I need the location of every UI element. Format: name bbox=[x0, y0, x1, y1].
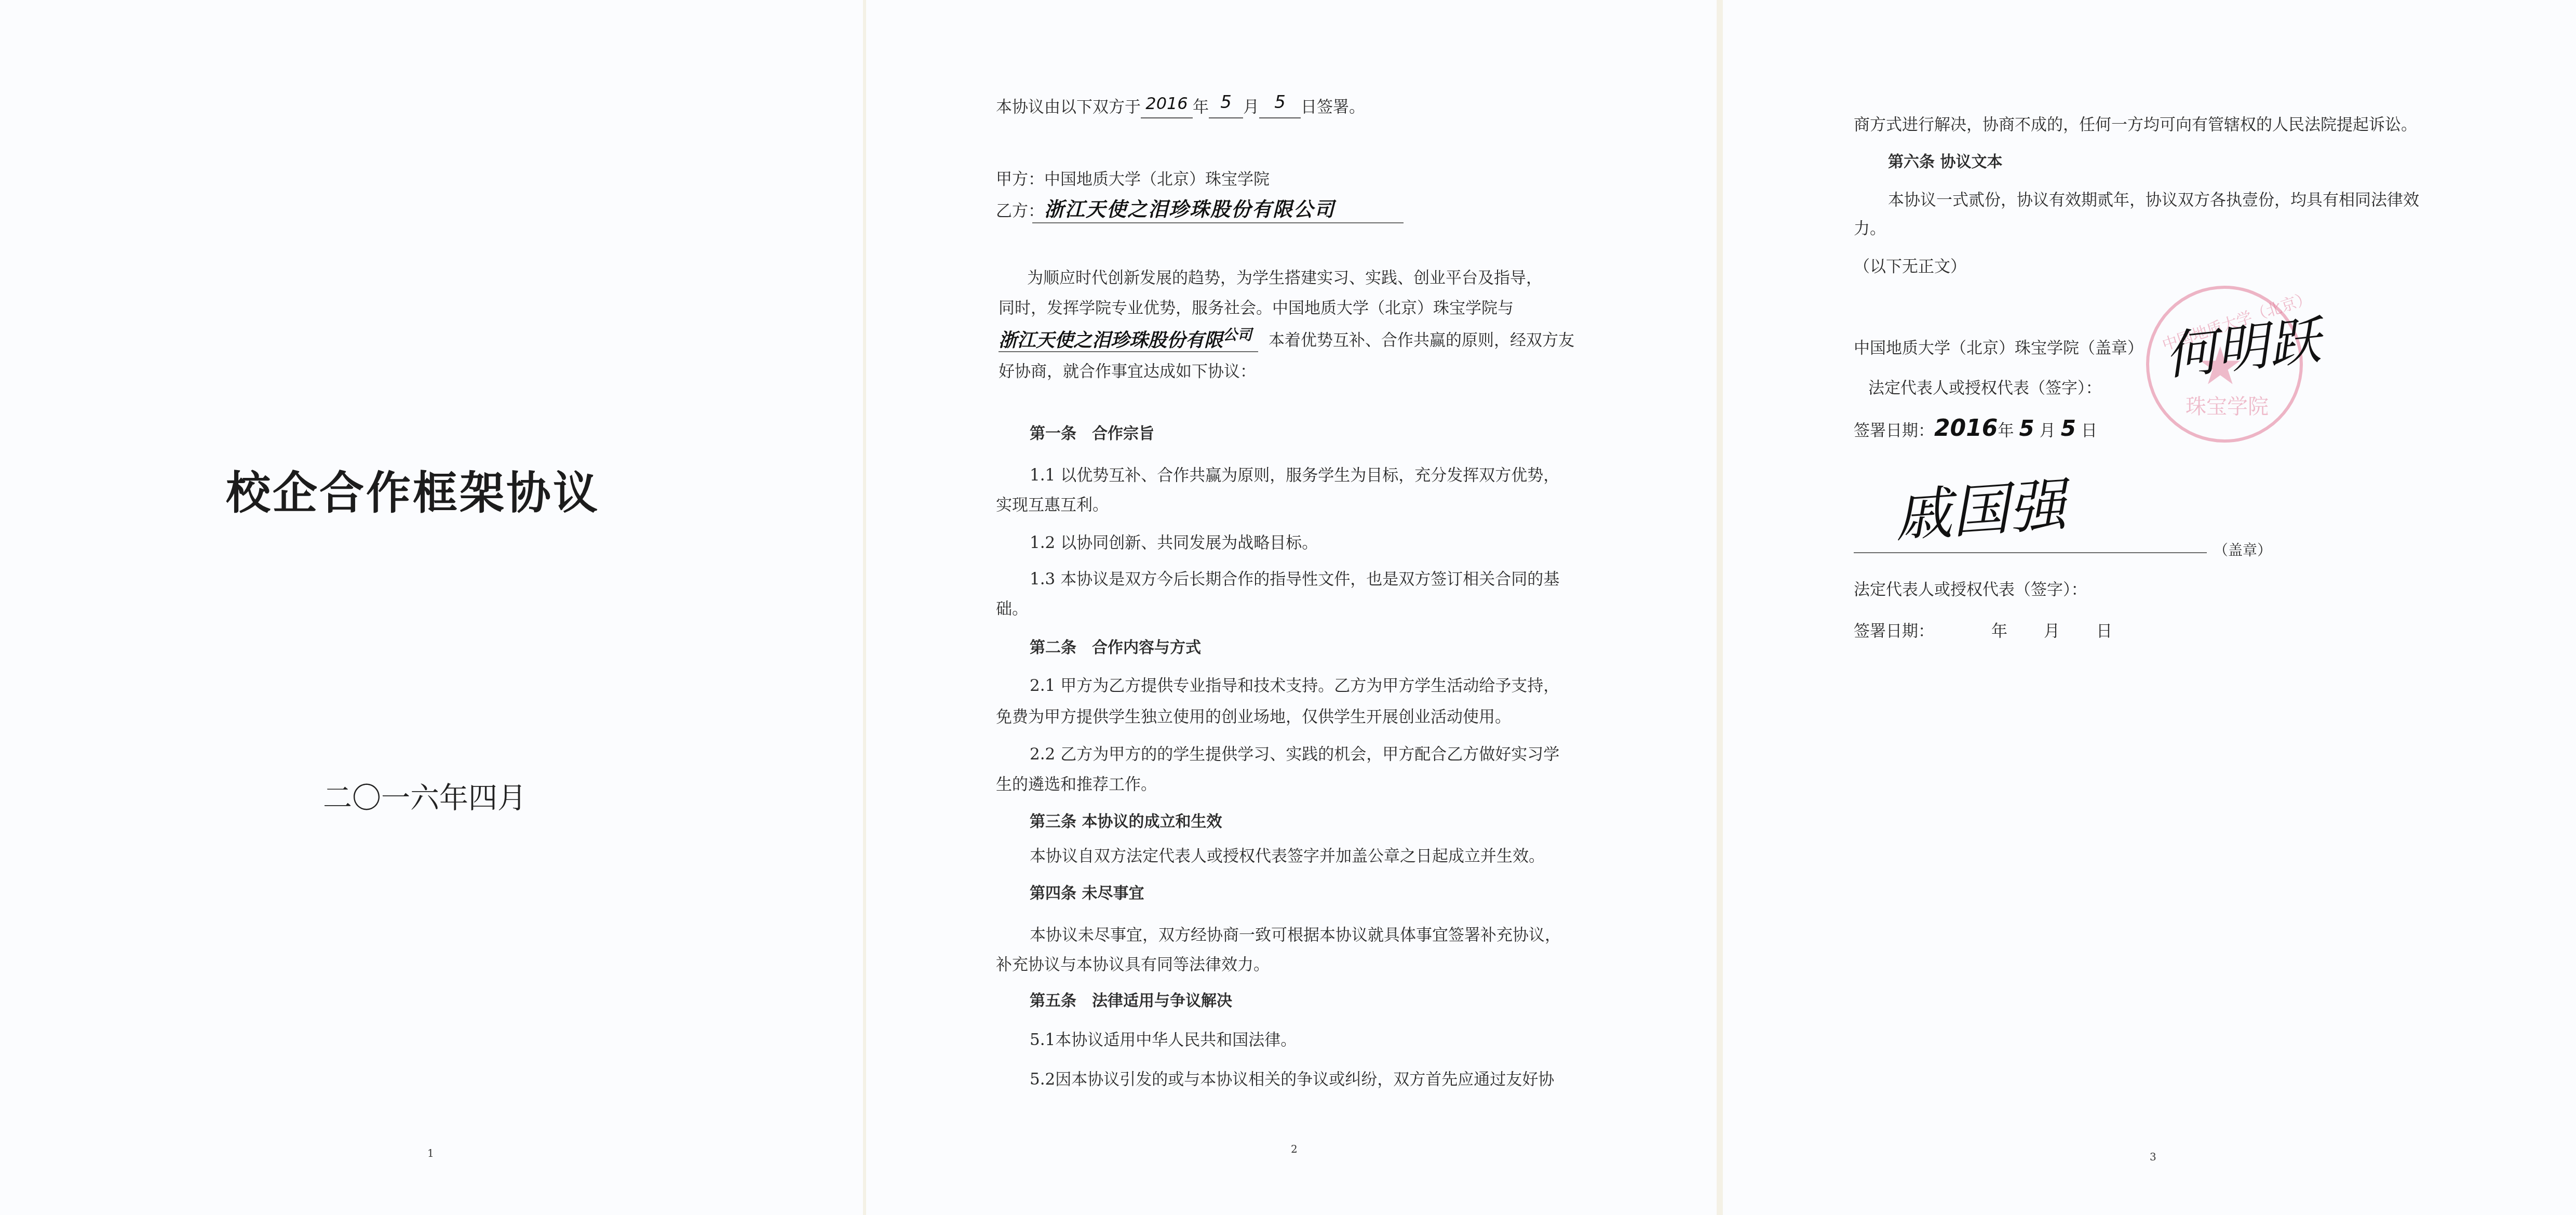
article-2-heading: 第二条 合作内容与方式 bbox=[1030, 637, 1201, 658]
sign-date-line: 本协议由以下双方于2016年5月5日签署。 bbox=[996, 96, 1365, 118]
party-a-label: 甲方： bbox=[996, 170, 1044, 189]
article-1-heading: 第一条 合作宗旨 bbox=[1030, 423, 1154, 444]
year-label: 年 bbox=[1998, 421, 2014, 440]
party-b-label: 乙方： bbox=[996, 202, 1044, 220]
page-number: 2 bbox=[1291, 1143, 1298, 1155]
party-a-sign-date: 签署日期：2016年5月5日 bbox=[1854, 418, 2097, 441]
year-label: 年 bbox=[1193, 98, 1209, 116]
article-1-line: 1.3 本协议是双方今后长期合作的指导性文件，也是双方签订相关合同的基 bbox=[1030, 569, 1559, 590]
day-label: 日 bbox=[2096, 622, 2112, 640]
article-4-line: 本协议未尽事宜，双方经协商一致可根据本协议就具体事宜签署补充协议， bbox=[1030, 925, 1561, 945]
article-5-continuation: 商方式进行解决，协商不成的，任何一方均可向有管辖权的人民法院提起诉讼。 bbox=[1854, 114, 2417, 135]
document-title: 校企合作框架协议 bbox=[226, 457, 600, 522]
seal-bottom-text: 珠宝学院 bbox=[2186, 390, 2269, 420]
party-b-rep-label: 法定代表人或授权代表（签字）： bbox=[1854, 579, 2087, 600]
cover-date: 二〇一六年四月 bbox=[323, 775, 527, 817]
handwritten-year: 2016 bbox=[1145, 94, 1188, 113]
article-4-line: 补充协议与本协议具有同等法律效力。 bbox=[996, 954, 1270, 975]
preamble-line-3: 本着优势互补、合作共赢的原则，经双方友 bbox=[1269, 330, 1574, 351]
party-b-underline bbox=[1032, 222, 1404, 223]
handwritten-day: 5 bbox=[1274, 92, 1286, 113]
month-label: 月 bbox=[2044, 622, 2060, 640]
sign-date-label: 签署日期： bbox=[1854, 421, 1934, 440]
party-a-line: 甲方：中国地质大学（北京）珠宝学院 bbox=[996, 169, 1270, 190]
day-label: 日签署。 bbox=[1301, 98, 1365, 116]
page-cover: 校企合作框架协议 二〇一六年四月 1 bbox=[0, 0, 863, 1215]
preamble-line-4: 好协商，就合作事宜达成如下协议： bbox=[999, 361, 1256, 382]
end-note: （以下无正文） bbox=[1854, 256, 1966, 277]
year-label: 年 bbox=[1991, 622, 2007, 640]
article-6-line: 本协议一式贰份，协议有效期贰年，协议双方各执壹份，均具有相同法律效 bbox=[1888, 190, 2419, 210]
party-a-org-seal: 中国地质大学（北京）珠宝学院（盖章） bbox=[1854, 338, 2143, 358]
party-a-name: 中国地质大学（北京）珠宝学院 bbox=[1044, 170, 1270, 189]
article-2-line: 生的遴选和推荐工作。 bbox=[996, 774, 1157, 795]
page-number: 3 bbox=[2150, 1151, 2156, 1163]
article-1-line: 实现互惠互利。 bbox=[996, 495, 1109, 515]
month-label: 月 bbox=[2040, 421, 2056, 440]
sign-date-prefix: 本协议由以下双方于 bbox=[996, 98, 1141, 116]
article-1-line: 础。 bbox=[996, 598, 1028, 619]
party-b-name-handwritten: 浙江天使之泪珍珠股份有限公司 bbox=[1044, 198, 1335, 221]
article-2-line: 2.1 甲方为乙方提供专业指导和技术支持。乙方为甲方学生活动给予支持， bbox=[1030, 675, 1559, 696]
handwritten-company-text: 浙江天使之泪珍珠股份有限 bbox=[999, 330, 1223, 351]
preamble-line-1: 为顺应时代创新发展的趋势，为学生搭建实习、实践、创业平台及指导， bbox=[1027, 268, 1542, 288]
page-signatures: 商方式进行解决，协商不成的，任何一方均可向有管辖权的人民法院提起诉讼。 第六条 … bbox=[1723, 0, 2576, 1215]
preamble-line-2: 同时，发挥学院专业优势，服务社会。中国地质大学（北京）珠宝学院与 bbox=[999, 298, 1514, 318]
day-label: 日 bbox=[2081, 421, 2097, 440]
article-3-line: 本协议自双方法定代表人或授权代表签字并加盖公章之日起成立并生效。 bbox=[1030, 846, 1545, 866]
article-6-heading: 第六条 协议文本 bbox=[1888, 152, 2002, 172]
handwritten-month: 5 bbox=[1220, 92, 1232, 113]
handwritten-company-suffix: 公司 bbox=[1223, 326, 1252, 343]
article-5-line: 5.1本协议适用中华人民共和国法律。 bbox=[1030, 1030, 1297, 1050]
page-body: 本协议由以下双方于2016年5月5日签署。 甲方：中国地质大学（北京）珠宝学院 … bbox=[866, 0, 1717, 1215]
party-b-signature: 戚国强 bbox=[1892, 459, 2068, 553]
article-5-line: 5.2因本协议引发的或与本协议相关的争议或纠纷，双方首先应通过友好协 bbox=[1030, 1069, 1554, 1090]
article-5-heading: 第五条 法律适用与争议解决 bbox=[1030, 991, 1232, 1011]
party-b-seal-label: （盖章） bbox=[2214, 540, 2272, 561]
party-b-seal-line bbox=[1854, 552, 2207, 553]
party-b-line: 乙方：浙江天使之泪珍珠股份有限公司 bbox=[996, 199, 1335, 221]
article-3-heading: 第三条 本协议的成立和生效 bbox=[1030, 811, 1222, 832]
article-4-heading: 第四条 未尽事宜 bbox=[1030, 883, 1144, 904]
sign-date-label: 签署日期： bbox=[1854, 622, 1934, 640]
article-6-line: 力。 bbox=[1854, 218, 1886, 239]
page-number: 1 bbox=[427, 1147, 434, 1159]
party-a-rep-label: 法定代表人或授权代表（签字）： bbox=[1868, 378, 2102, 398]
article-1-line: 1.1 以优势互补、合作共赢为原则，服务学生为目标，充分发挥双方优势， bbox=[1030, 465, 1559, 486]
article-2-line: 免费为甲方提供学生独立使用的创业场地，仅供学生开展创业活动使用。 bbox=[996, 706, 1511, 727]
page-gutter bbox=[1717, 0, 1723, 1215]
month-label: 月 bbox=[1243, 98, 1259, 116]
handwritten-year: 2016 bbox=[1934, 415, 1998, 442]
handwritten-day: 5 bbox=[2061, 416, 2076, 441]
preamble-handwritten-company: 浙江天使之泪珍珠股份有限公司 bbox=[999, 325, 1252, 351]
preamble-underline bbox=[999, 351, 1258, 352]
party-b-sign-date: 签署日期：年月日 bbox=[1854, 621, 2112, 642]
article-2-line: 2.2 乙方为甲方的的学生提供学习、实践的机会，甲方配合乙方做好实习学 bbox=[1030, 744, 1559, 765]
handwritten-month: 5 bbox=[2019, 416, 2034, 441]
article-1-line: 1.2 以协同创新、共同发展为战略目标。 bbox=[1030, 532, 1318, 553]
